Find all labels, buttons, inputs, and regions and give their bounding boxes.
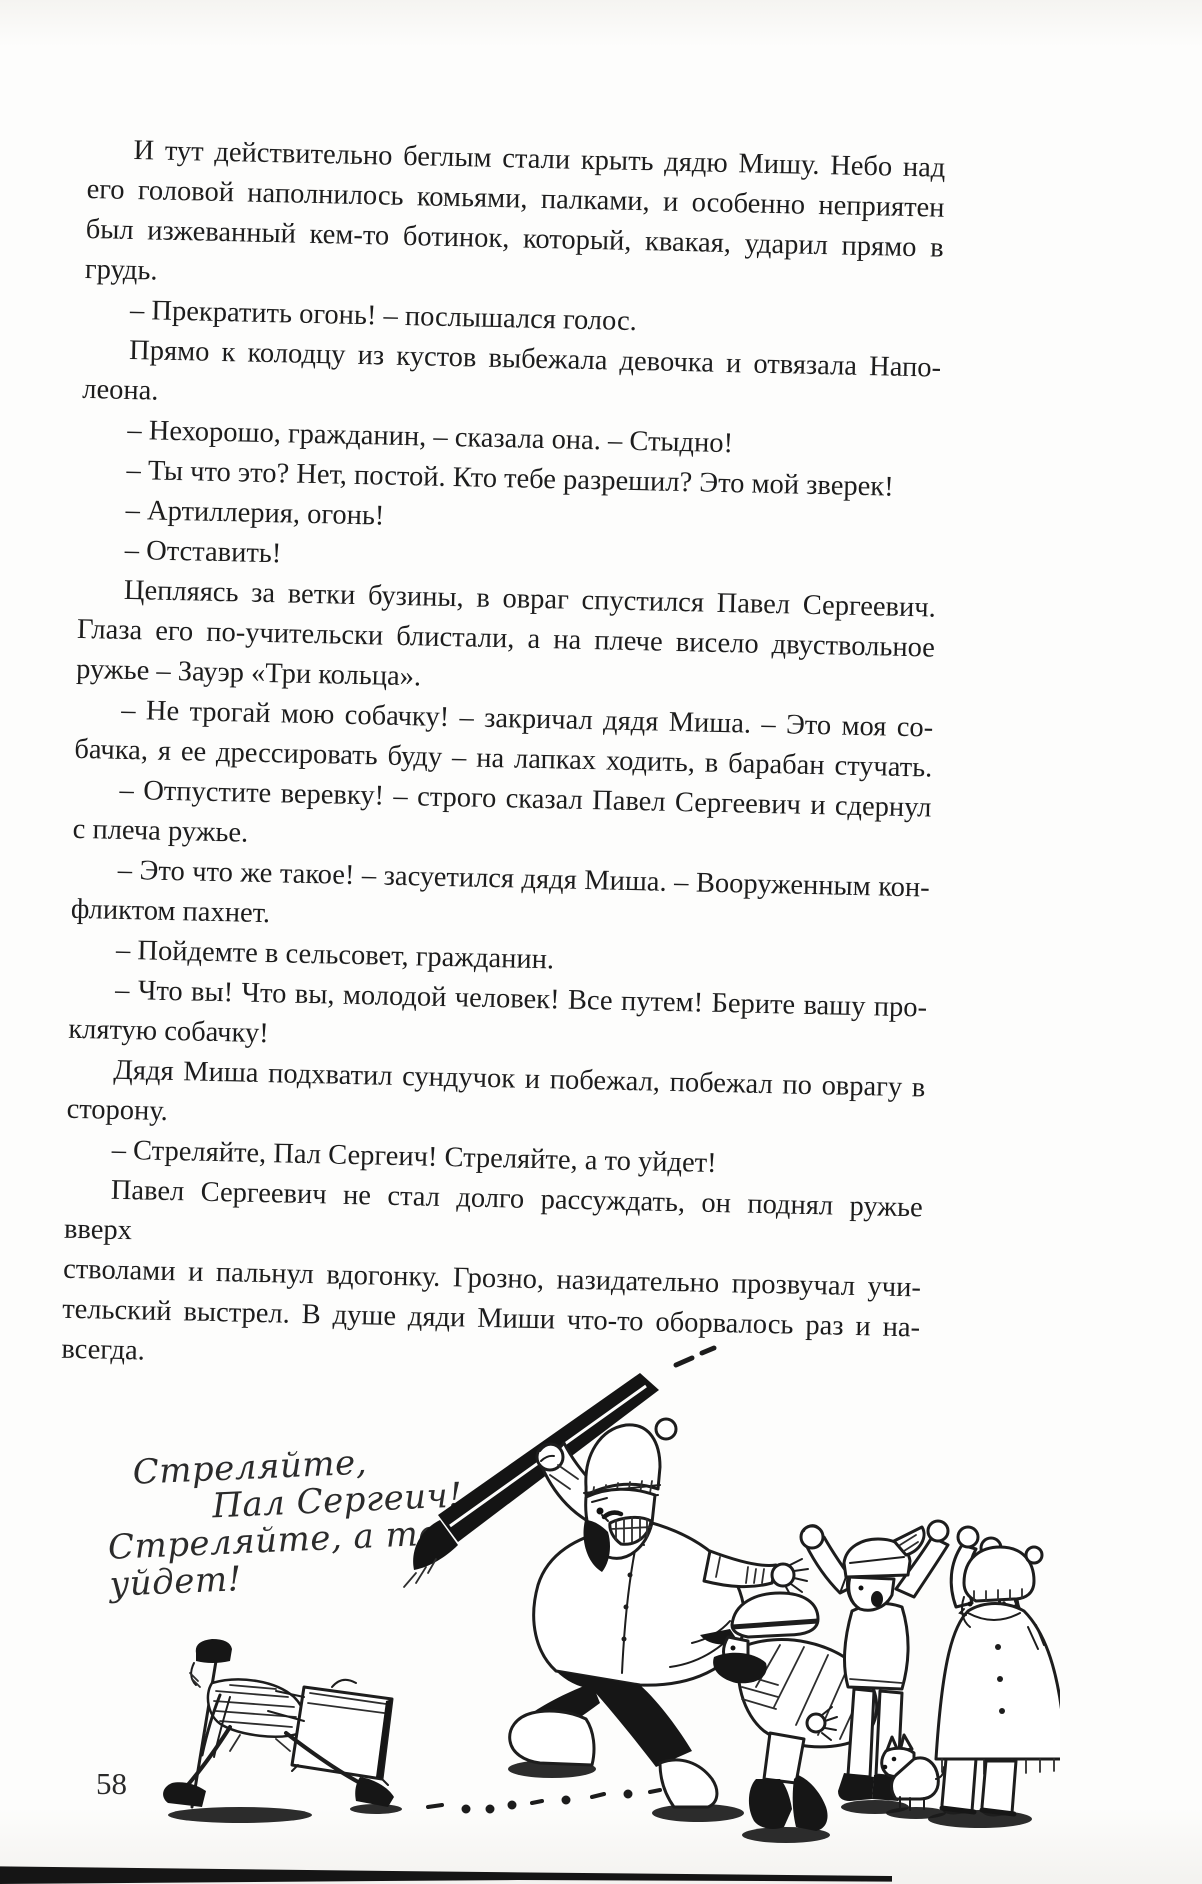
page-number: 58 [96,1766,127,1802]
page-text: И тут действительно беглым стали крыть д… [61,130,946,1388]
illustration [80,1335,1060,1870]
motion-dashes [428,1790,660,1812]
illustration-girl-knit-cap [928,1527,1060,1828]
book-page: И тут действительно беглым стали крыть д… [0,0,1202,1884]
shot-dashes [676,1348,714,1365]
